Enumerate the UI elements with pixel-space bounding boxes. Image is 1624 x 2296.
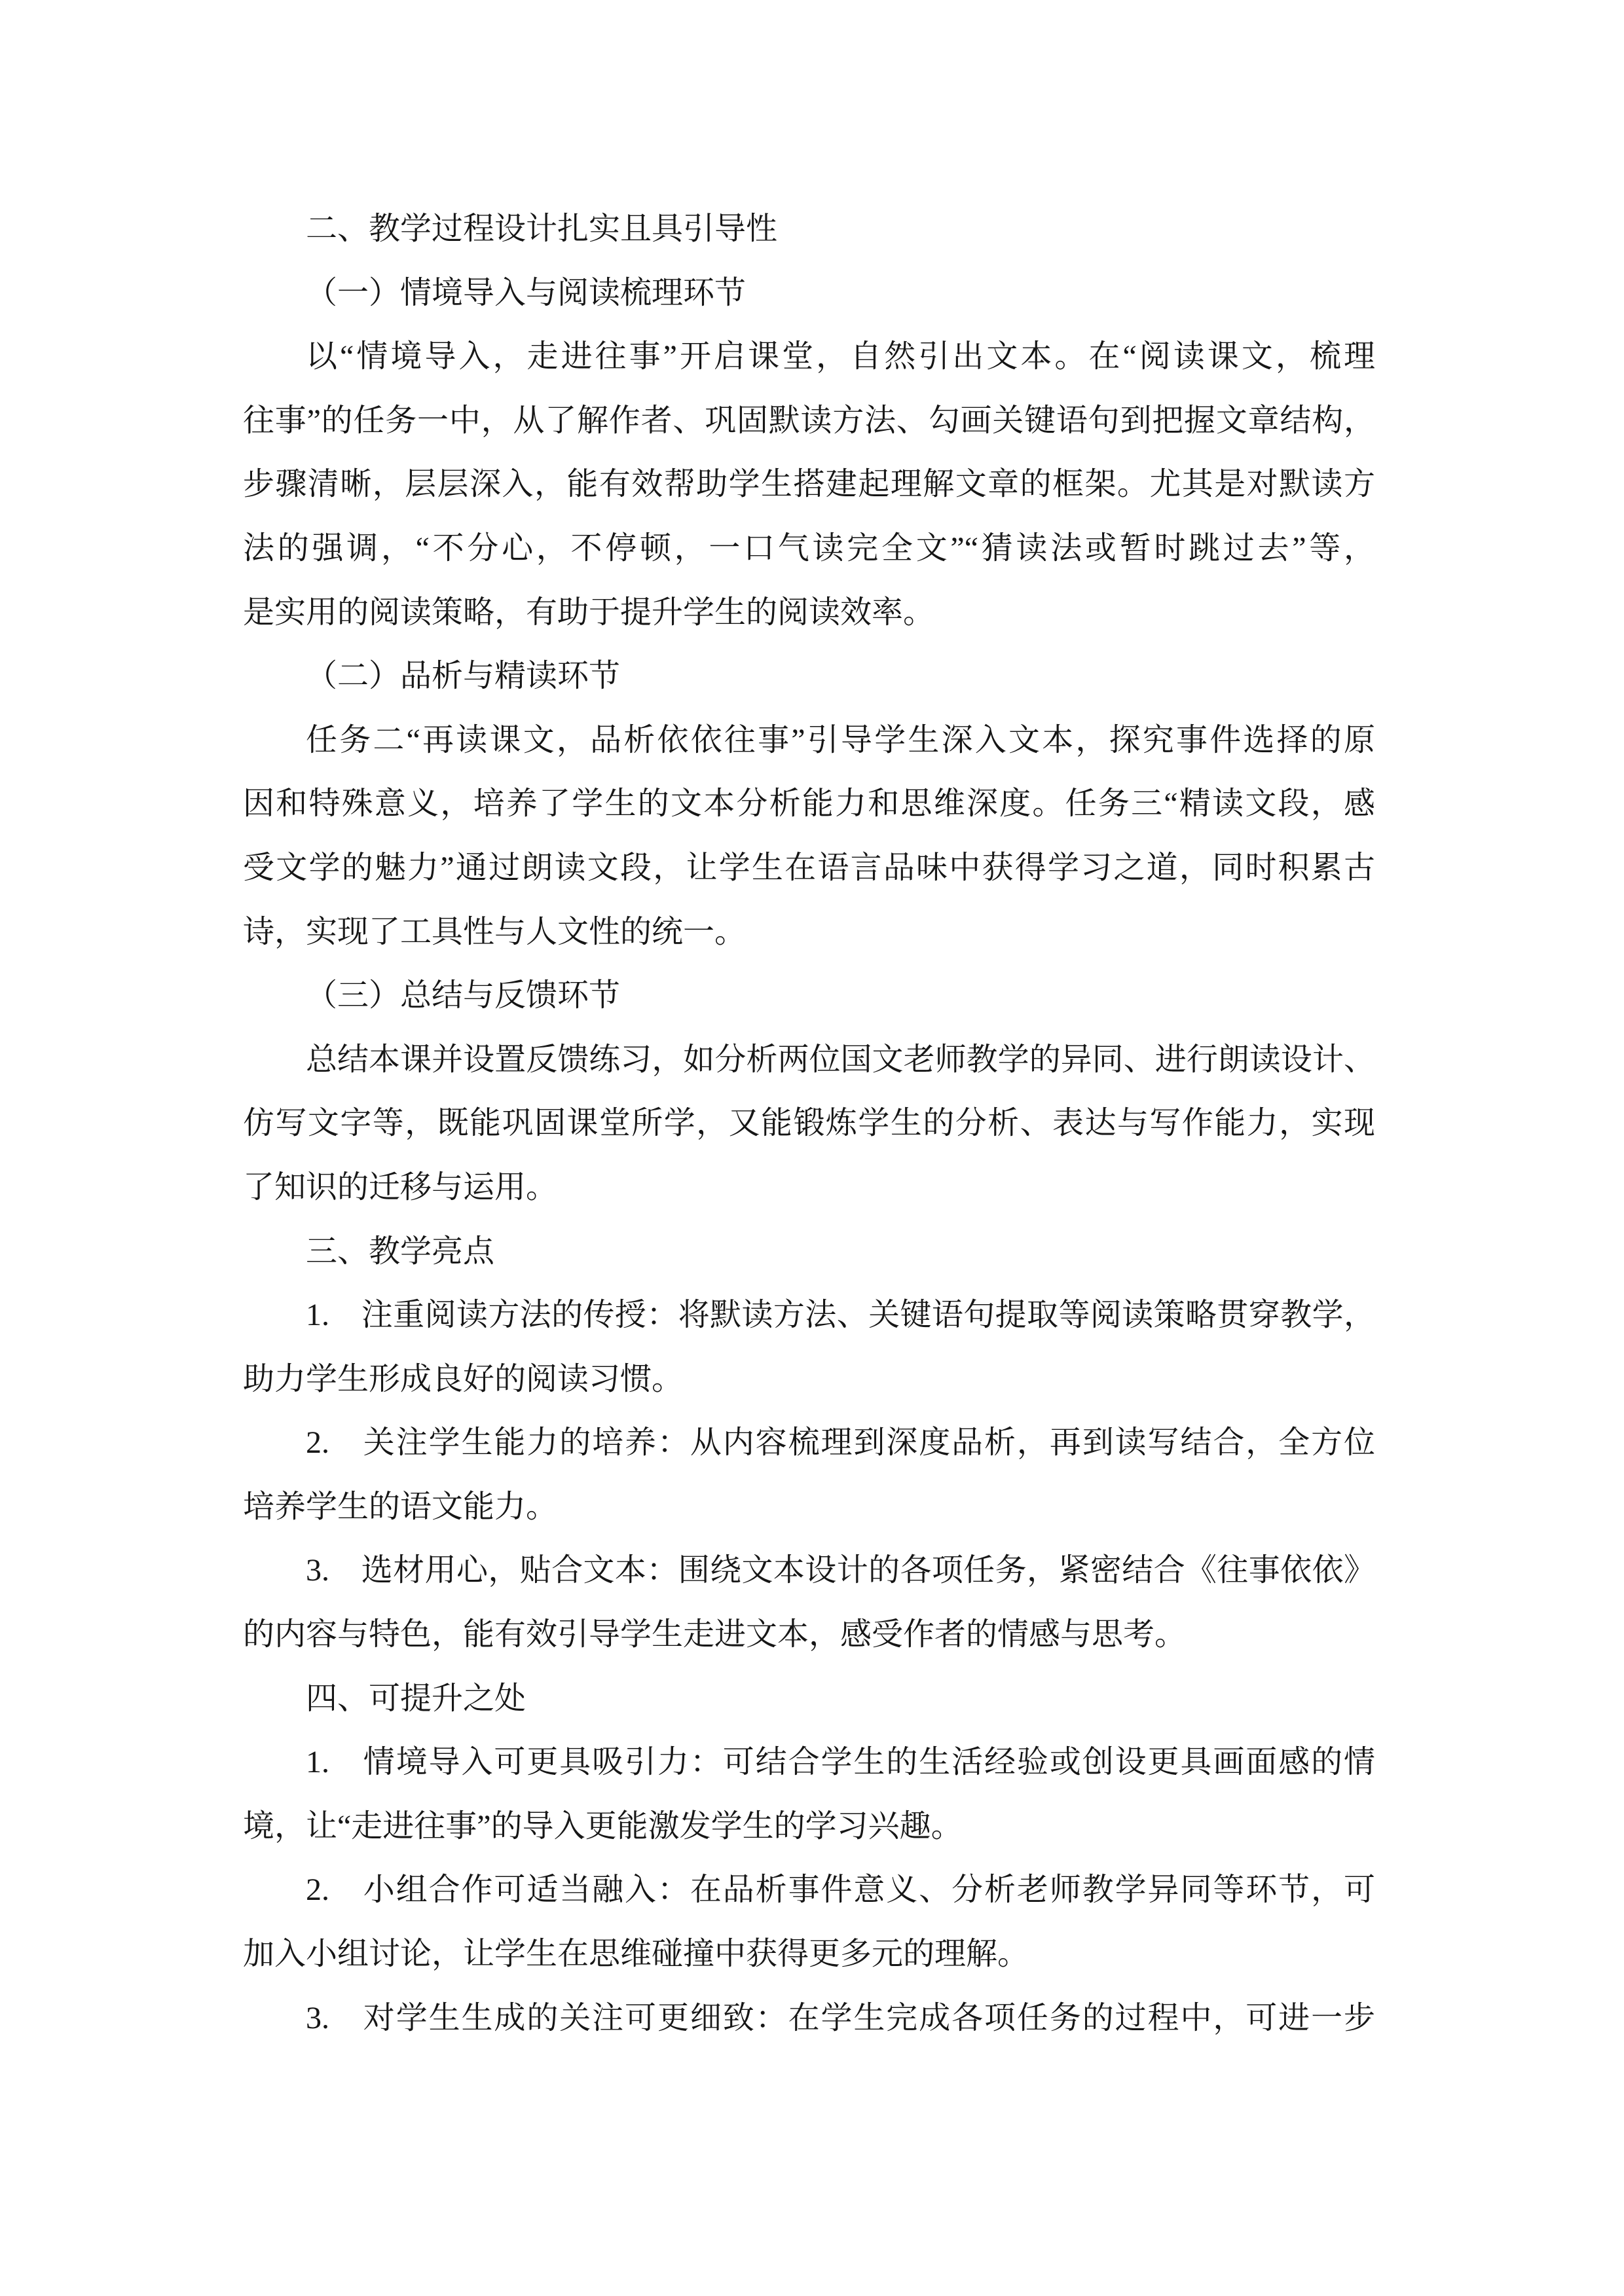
text-line: 诗，实现了工具性与人文性的统一。: [243, 900, 1375, 964]
document-text-block: 二、教学过程设计扎实且具引导性 （一）情境导入与阅读梳理环节 以“情境导入，走进…: [243, 197, 1375, 2050]
text-line: 加入小组讨论，让学生在思维碰撞中获得更多元的理解。: [243, 1922, 1375, 1986]
text-line: 往事”的任务一中，从了解作者、巩固默读方法、勾画关键语句到把握文章结构，: [243, 389, 1375, 453]
heading-section-3: 三、教学亮点: [243, 1220, 1375, 1284]
document-page: 二、教学过程设计扎实且具引导性 （一）情境导入与阅读梳理环节 以“情境导入，走进…: [0, 0, 1624, 2296]
heading-sub-3: （三）总结与反馈环节: [243, 964, 1375, 1028]
text-line: 培养学生的语文能力。: [243, 1475, 1375, 1539]
heading-section-4: 四、可提升之处: [243, 1667, 1375, 1731]
text-line: 了知识的迁移与运用。: [243, 1156, 1375, 1220]
text-line: 总结本课并设置反馈练习，如分析两位国文老师教学的异同、进行朗读设计、: [243, 1028, 1375, 1092]
text-line: 以“情境导入，走进往事”开启课堂，自然引出文本。在“阅读课文，梳理: [243, 325, 1375, 389]
heading-section-2: 二、教学过程设计扎实且具引导性: [243, 197, 1375, 261]
heading-sub-1: （一）情境导入与阅读梳理环节: [243, 261, 1375, 325]
list-item-1: 1. 情境导入可更具吸引力：可结合学生的生活经验或创设更具画面感的情: [243, 1730, 1375, 1795]
text-line: 助力学生形成良好的阅读习惯。: [243, 1347, 1375, 1412]
text-line: 任务二“再读课文，品析依依往事”引导学生深入文本，探究事件选择的原: [243, 708, 1375, 773]
text-line: 法的强调，“不分心，不停顿，一口气读完全文”“猜读法或暂时跳过去”等，: [243, 517, 1375, 581]
text-line: 境，让“走进往事”的导入更能激发学生的学习兴趣。: [243, 1795, 1375, 1859]
text-line: 是实用的阅读策略，有助于提升学生的阅读效率。: [243, 581, 1375, 645]
list-item-2: 2. 关注学生能力的培养：从内容梳理到深度品析，再到读写结合，全方位: [243, 1411, 1375, 1475]
text-line: 步骤清晰，层层深入，能有效帮助学生搭建起理解文章的框架。尤其是对默读方: [243, 452, 1375, 517]
list-item-2: 2. 小组合作可适当融入：在品析事件意义、分析老师教学异同等环节，可: [243, 1858, 1375, 1922]
text-line: 受文学的魅力”通过朗读文段，让学生在语言品味中获得学习之道，同时积累古: [243, 836, 1375, 900]
list-item-3: 3. 选材用心，贴合文本：围绕文本设计的各项任务，紧密结合《往事依依》: [243, 1539, 1375, 1603]
text-line: 的内容与特色，能有效引导学生走进文本，感受作者的情感与思考。: [243, 1603, 1375, 1667]
heading-sub-2: （二）品析与精读环节: [243, 644, 1375, 708]
text-line: 仿写文字等，既能巩固课堂所学，又能锻炼学生的分析、表达与写作能力，实现: [243, 1091, 1375, 1156]
list-item-1: 1. 注重阅读方法的传授：将默读方法、关键语句提取等阅读策略贯穿教学，: [243, 1283, 1375, 1347]
list-item-3: 3. 对学生生成的关注可更细致：在学生完成各项任务的过程中，可进一步: [243, 1986, 1375, 2050]
text-line: 因和特殊意义，培养了学生的文本分析能力和思维深度。任务三“精读文段，感: [243, 772, 1375, 836]
